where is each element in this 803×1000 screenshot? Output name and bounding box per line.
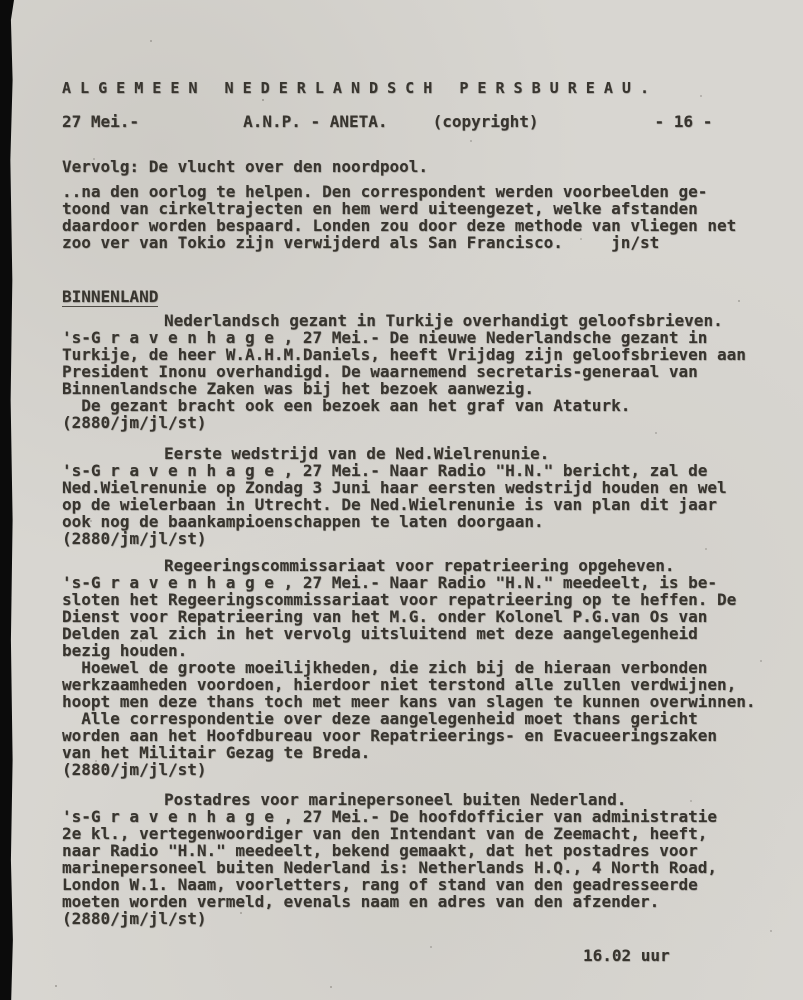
copyright-notice: (copyright) <box>433 113 539 130</box>
article-postadres-marine: Postadres voor marinepersoneel buiten Ne… <box>62 791 803 927</box>
article-body: 's-G r a v e n h a g e , 27 Mei.- De nie… <box>62 329 803 431</box>
continuation-body: ..na den oorlog te helpen. Den correspon… <box>62 183 803 251</box>
issue-date: 27 Mei.- <box>62 113 139 130</box>
article-gezant-turkije: Nederlandsch gezant in Turkije overhandi… <box>62 312 803 431</box>
document-page: A L G E M E E N N E D E R L A N D S C H … <box>62 0 803 964</box>
article-headline: Postadres voor marinepersoneel buiten Ne… <box>164 791 803 808</box>
page-number: - 16 - <box>655 113 713 130</box>
article-headline: Eerste wedstrijd van de Ned.Wielrenunie. <box>164 445 803 462</box>
wire-service-name: A.N.P. - ANETA. <box>243 113 388 130</box>
article-body: 's-G r a v e n h a g e , 27 Mei.- Naar R… <box>62 574 803 778</box>
timestamp: 16.02 uur <box>583 947 803 964</box>
continuation-title: Vervolg: De vlucht over den noordpool. <box>62 158 803 175</box>
article-headline: Regeeringscommissariaat voor repatrieeri… <box>164 557 803 574</box>
section-heading-binnenland: BINNENLAND <box>62 288 158 307</box>
date-line: 27 Mei.- A.N.P. - ANETA. (copyright) - 1… <box>62 113 803 130</box>
article-body: 's-G r a v e n h a g e , 27 Mei.- Naar R… <box>62 462 803 547</box>
article-body: 's-G r a v e n h a g e , 27 Mei.- De hoo… <box>62 808 803 927</box>
article-headline: Nederlandsch gezant in Turkije overhandi… <box>164 312 803 329</box>
agency-masthead: A L G E M E E N N E D E R L A N D S C H … <box>62 80 803 97</box>
article-wielrenunie: Eerste wedstrijd van de Ned.Wielrenunie.… <box>62 445 803 547</box>
article-repatrieering: Regeeringscommissariaat voor repatrieeri… <box>62 557 803 778</box>
